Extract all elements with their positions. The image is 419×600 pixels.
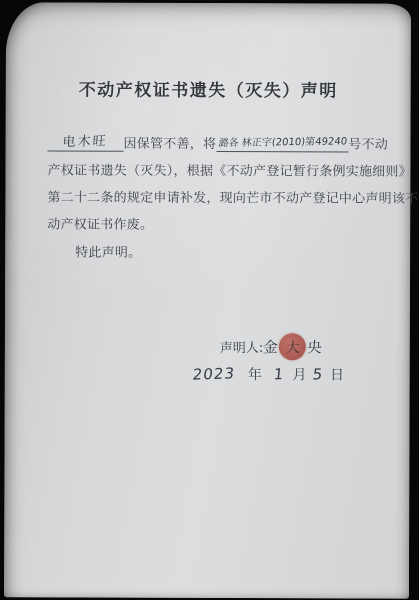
signature-char-1: 金: [263, 336, 279, 358]
photo-of-document: { "document": { "title": "不动产权证书遗失（灭失）声明…: [0, 0, 419, 600]
year-unit: 年: [248, 364, 262, 384]
date-line: 2023 年 1 月 5 日: [193, 364, 344, 385]
document-title: 不动产权证书遗失（灭失）声明: [6, 75, 411, 101]
paragraph-line-2: 产权证书遗失（灭失），根据《不动产登记暂行条例实施细则》: [47, 159, 403, 179]
printed-text-after-name: 因保管不善，将: [124, 136, 217, 151]
signature-char-3: 央: [307, 336, 323, 358]
signature-line: 声明人: 金 大 央: [220, 333, 323, 360]
day-unit: 日: [330, 364, 344, 384]
paragraph-line-4: 动产权证书作废。: [47, 213, 403, 233]
printed-text-after-cert: 号不动: [348, 136, 388, 151]
document-content: 不动产权证书遗失（灭失）声明 电木旺因保管不善，将潞各 林正字(2010)第49…: [4, 2, 411, 598]
paragraph-line-1: 电木旺因保管不善，将潞各 林正字(2010)第49240号不动: [48, 132, 404, 152]
handwritten-declarant-name: 电木旺: [62, 134, 108, 151]
declarant-label: 声明人:: [220, 337, 264, 357]
handwritten-day: 5: [311, 365, 324, 383]
handwritten-certificate-number: 潞各 林正字(2010)第49240: [217, 134, 347, 152]
closing-statement: 特此声明。: [75, 242, 419, 262]
name-blank-underline: 电木旺: [48, 133, 124, 151]
red-thumbprint-seal: 大: [279, 333, 306, 360]
paragraph-line-3: 第二十二条的规定申请补发，现向芒市不动产登记中心声明该不: [47, 186, 403, 206]
handwritten-year: 2023: [192, 364, 236, 383]
paper-sheet: 不动产权证书遗失（灭失）声明 电木旺因保管不善，将潞各 林正字(2010)第49…: [4, 2, 411, 598]
handwritten-month: 1: [273, 365, 286, 383]
signature-char-2: 大: [285, 337, 300, 357]
month-unit: 月: [292, 364, 306, 384]
certificate-number-underline: 潞各 林正字(2010)第49240: [216, 133, 348, 152]
